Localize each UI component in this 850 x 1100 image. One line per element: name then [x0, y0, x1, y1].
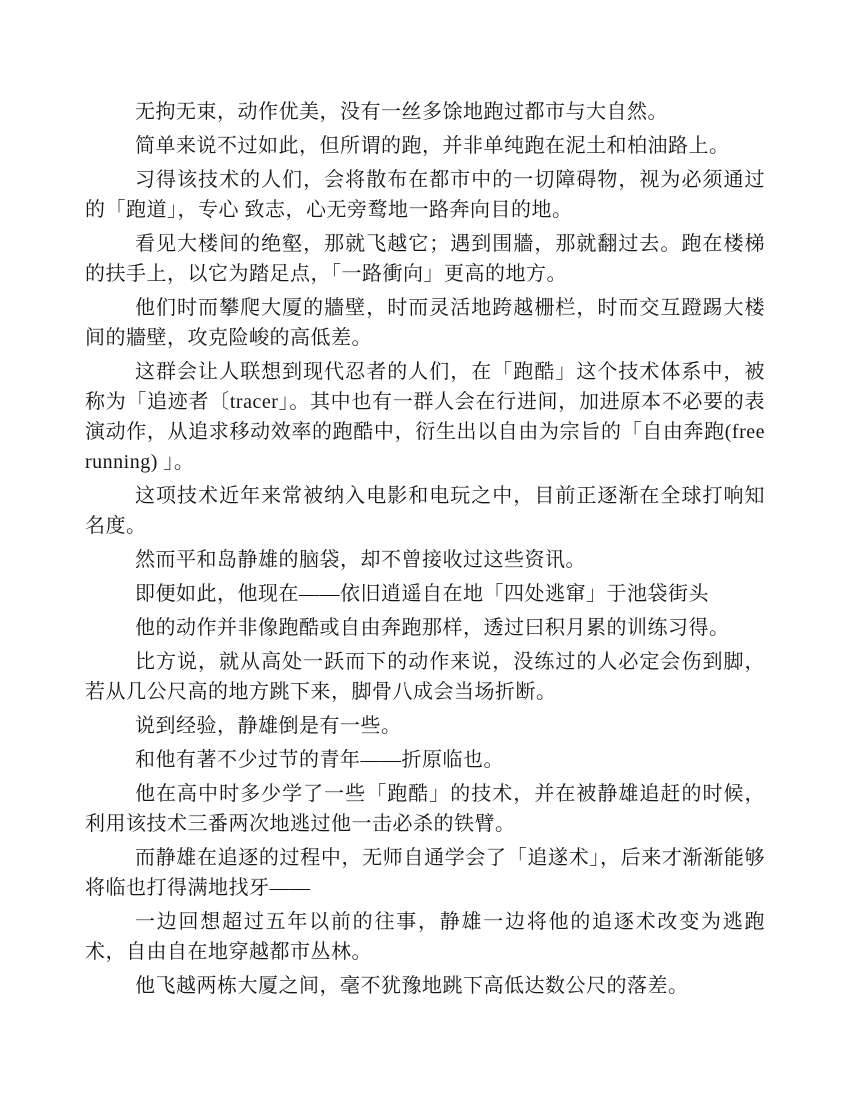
- paragraph: 他飞越两栋大厦之间，毫不犹豫地跳下高低达数公尺的落差。: [85, 971, 765, 1001]
- document-page: 无拘无束，动作优美，没有一丝多馀地跑过都市与大自然。 简单来说不过如此，但所谓的…: [0, 0, 850, 1100]
- paragraph: 简单来说不过如此，但所谓的跑，并非单纯跑在泥土和柏油路上。: [85, 131, 765, 161]
- paragraph: 看见大楼间的绝壑，那就飞越它；遇到围牆，那就翻过去。跑在楼梯的扶手上，以它为踏足…: [85, 229, 765, 289]
- paragraph: 和他有著不少过节的青年——折原临也。: [85, 745, 765, 775]
- paragraph: 即便如此，他现在——依旧逍遥自在地「四处逃窜」于池袋街头: [85, 579, 765, 609]
- paragraph: 无拘无束，动作优美，没有一丝多馀地跑过都市与大自然。: [85, 97, 765, 127]
- paragraph: 比方说，就从高处一跃而下的动作来说，没练过的人必定会伤到脚，若从几公尺高的地方跳…: [85, 647, 765, 707]
- novel-text-block: 无拘无束，动作优美，没有一丝多馀地跑过都市与大自然。 简单来说不过如此，但所谓的…: [85, 97, 765, 1001]
- paragraph: 这群会让人联想到现代忍者的人们，在「跑酷」这个技术体系中，被称为「追迹者〔tra…: [85, 357, 765, 477]
- paragraph: 他们时而攀爬大厦的牆壁，时而灵活地跨越栅栏，时而交互蹬踢大楼间的牆壁，攻克险峻的…: [85, 293, 765, 353]
- paragraph: 而静雄在追逐的过程中，无师自通学会了「追遂术」，后来才渐渐能够将临也打得满地找牙…: [85, 843, 765, 903]
- paragraph: 然而平和岛静雄的脑袋，却不曾接收过这些资讯。: [85, 545, 765, 575]
- paragraph: 这项技术近年来常被纳入电影和电玩之中，目前正逐渐在全球打响知名度。: [85, 481, 765, 541]
- paragraph: 一边回想超过五年以前的往事，静雄一边将他的追逐术改变为逃跑术，自由自在地穿越都市…: [85, 907, 765, 967]
- paragraph: 说到经验，静雄倒是有一些。: [85, 711, 765, 741]
- paragraph: 他的动作并非像跑酷或自由奔跑那样，透过曰积月累的训练习得。: [85, 613, 765, 643]
- paragraph: 习得该技术的人们，会将散布在都市中的一切障碍物，视为必须通过的「跑道」，专心 致…: [85, 165, 765, 225]
- paragraph: 他在高中时多少学了一些「跑酷」的技术，并在被静雄追赶的时候，利用该技术三番两次地…: [85, 779, 765, 839]
